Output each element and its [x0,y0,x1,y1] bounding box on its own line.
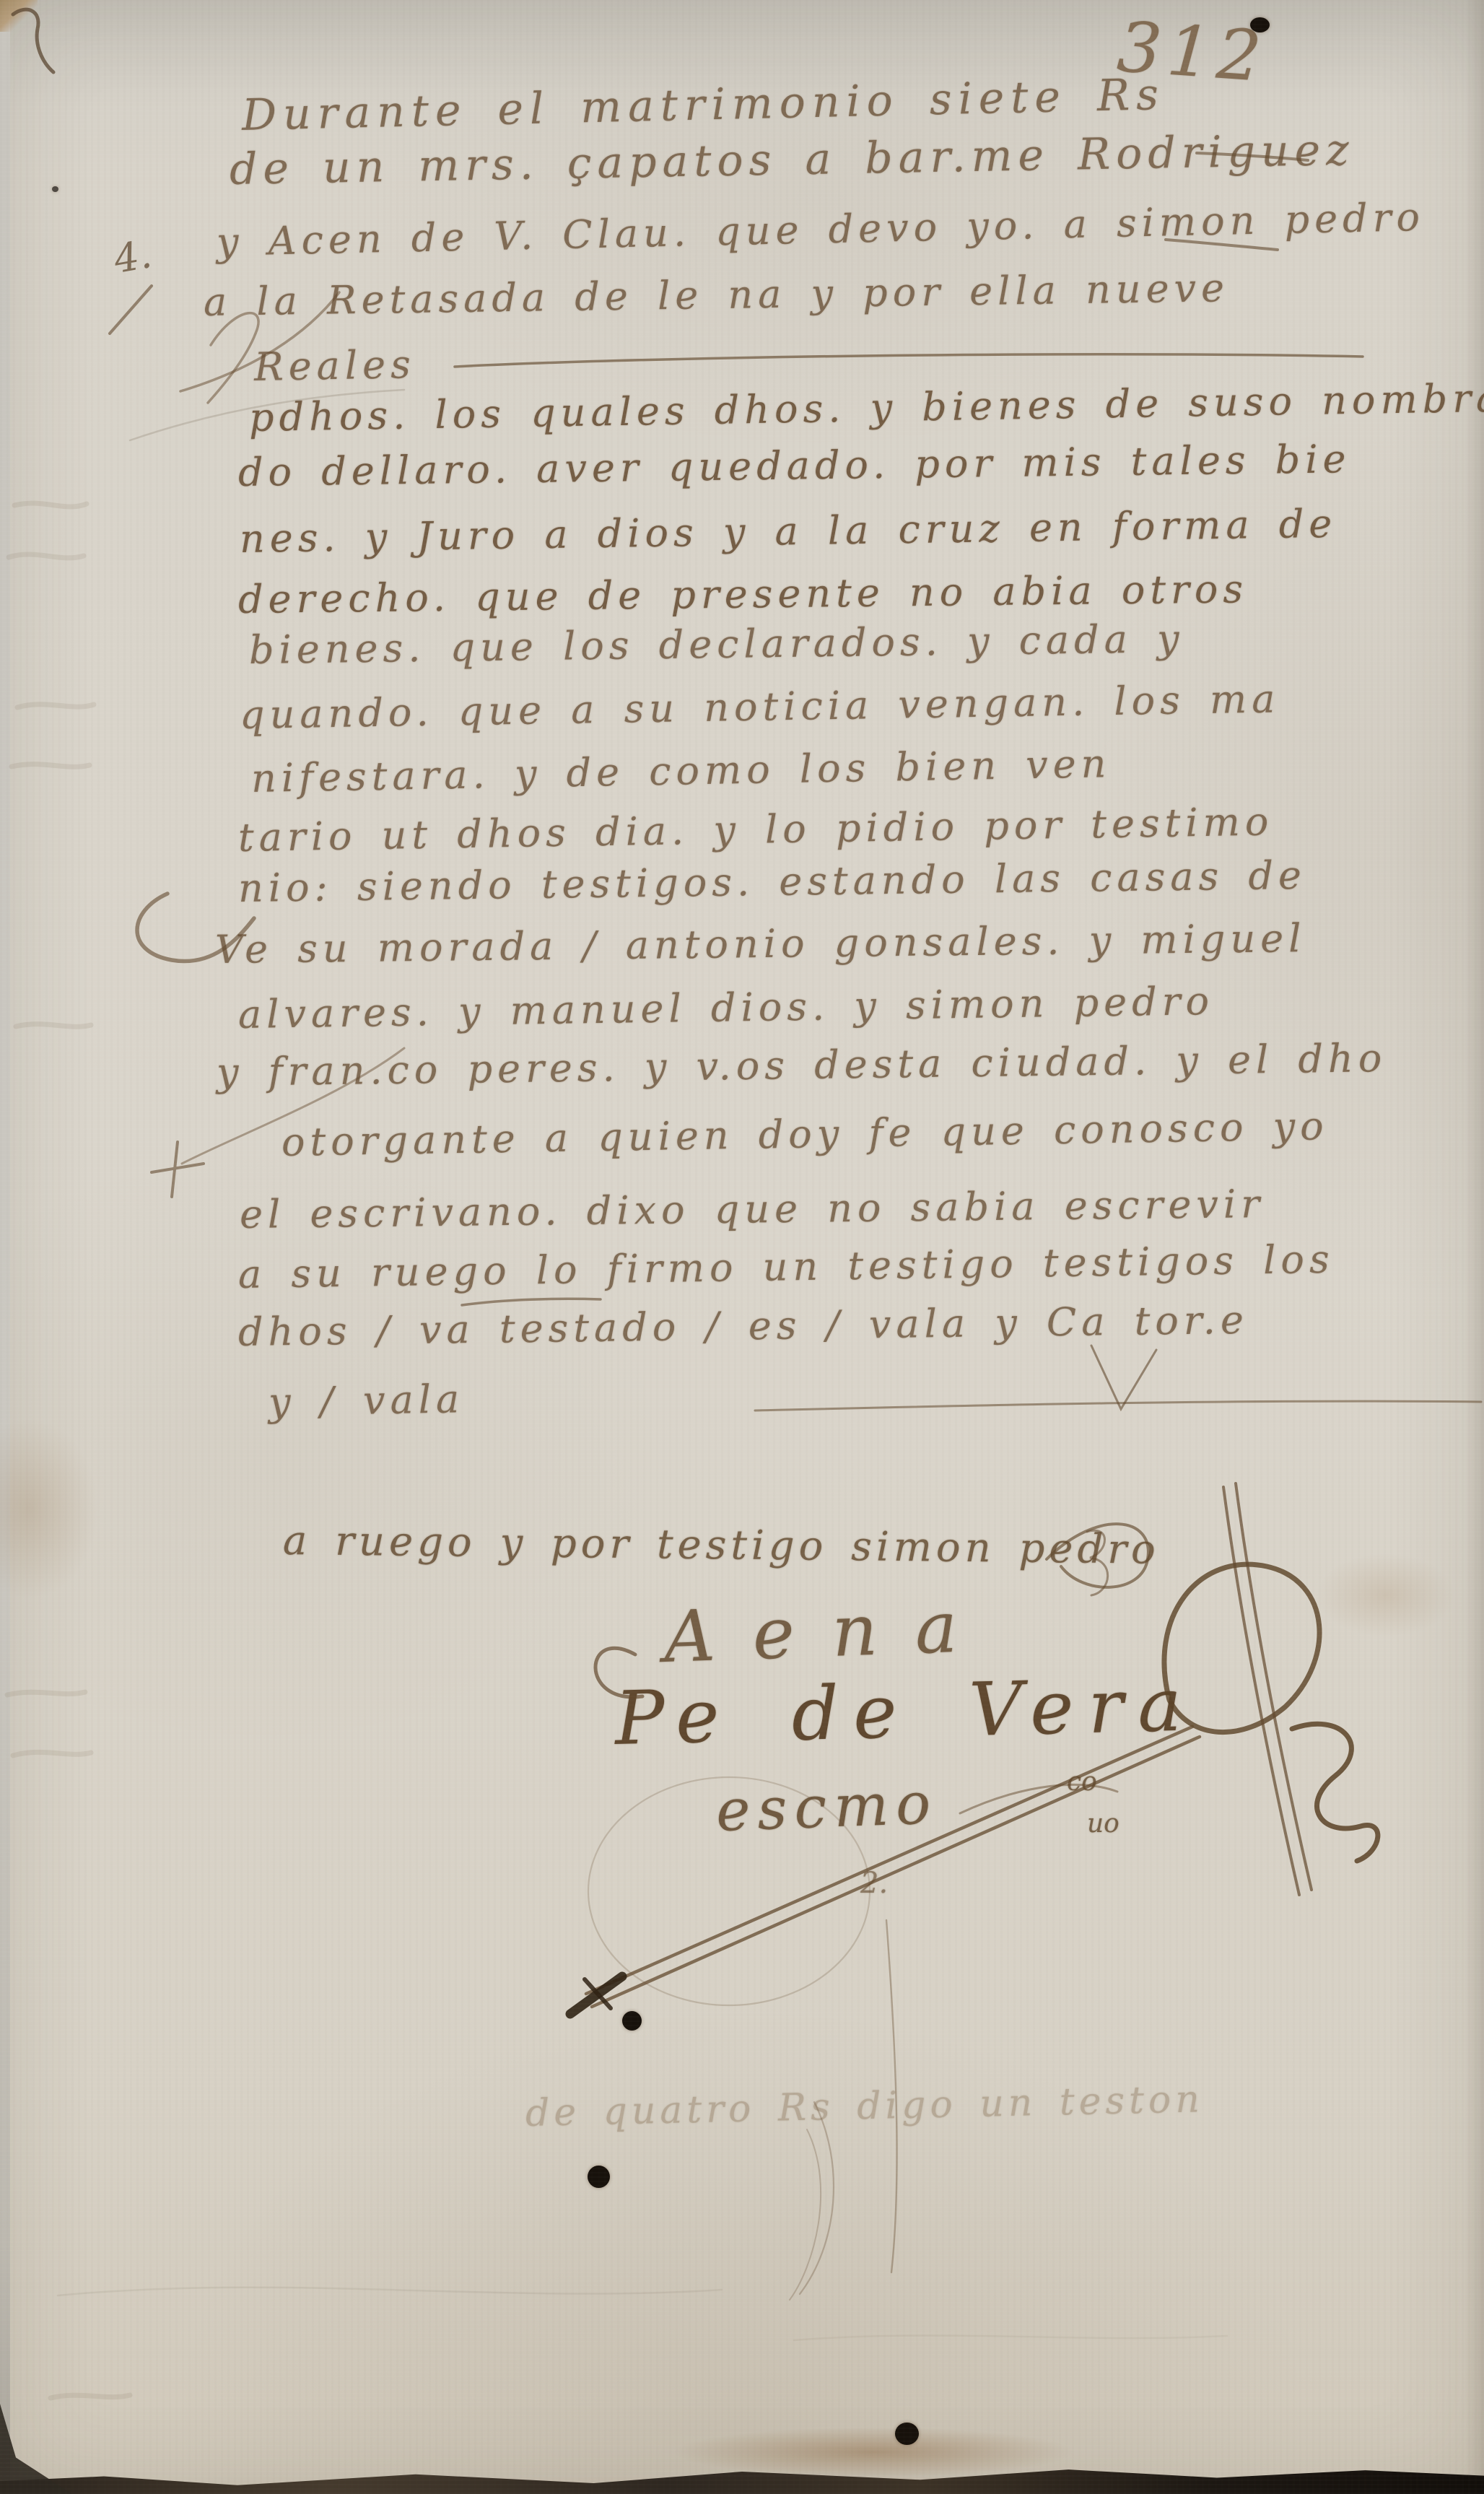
faint-note-descender-2 [790,2129,821,2300]
diagonal-arrow-mark [570,1976,622,2014]
ink-hole-2 [588,2166,610,2188]
manuscript-line: derecho. que de presente no abia otros [238,570,1249,619]
ink-hole-bottom [895,2423,919,2445]
crease-curve-2 [794,2336,1227,2340]
numeral-mark-2: 2. [860,1867,888,1900]
faint-note-descender-1 [800,2102,834,2294]
notary-name-flourish: Aena [663,1585,996,1679]
verso-bleedthrough-ghosts [7,503,130,2398]
vala-dash [462,1299,601,1305]
line4-lead-flourish [208,313,258,403]
margin-cross-mark [152,1142,204,1197]
manuscript-line: y / vala [269,1379,465,1422]
long-rule-right [755,1401,1481,1410]
top-left-corner-mark [0,0,38,32]
diagonal-stroke-a [586,1727,1192,1994]
notary-title-abbreviation: escmo [715,1769,938,1844]
right-edge-shadow [1465,0,1484,2494]
superscript-mark-uo: uo [1087,1809,1119,1839]
manuscript-line: tario ut dhos dia. y lo pidio por testim… [238,802,1274,858]
paper-stain-left [0,1415,101,1603]
manuscript-line: nes. y Juro a dios y a la cruz en forma … [240,505,1337,559]
margin-number-slash [110,286,152,333]
superscript-mark-co: co [1067,1767,1097,1797]
manuscript-line: quando. que a su noticia vengan. los ma [240,679,1280,735]
paper-stain-right [1314,1552,1458,1639]
manuscript-line: dhos / va testado / es / vala y Ca tor.e [238,1301,1249,1352]
crease-curve-1 [58,2288,722,2295]
manuscript-line: a su ruego lo firmo un testigo testigos … [238,1240,1335,1294]
bottom-page-edge [0,2460,1484,2494]
vertical-double-stroke-a [1223,1487,1299,1895]
witness-signature-line: a ruego y por testigo simon pedro [283,1517,1161,1574]
manuscript-line: do dellaro. aver quedado. por mis tales … [238,440,1351,492]
manuscript-line: y fran.co peres. y v.os desta ciudad. y … [217,1039,1387,1092]
adjacent-page-edge [0,0,10,2494]
margin-entry-number: 4. [110,231,155,282]
manuscript-line: alvares. y manuel dios. y simon pedro [238,982,1215,1034]
reales-rule [455,354,1363,367]
vertical-double-stroke-b [1236,1483,1311,1890]
manuscript-line: otorgante a quien doy fe que conosco yo [281,1107,1329,1162]
manuscript-line: nio: siendo testigos. estando las casas … [238,856,1307,908]
manuscript-line: nifestara. y de como los bien ven [251,744,1112,798]
manuscript-line: bienes. que los declarados. y cada y [249,619,1184,670]
ink-dot-top-right [1250,17,1270,32]
notary-signature: Pe de Vera [614,1662,1197,1762]
manuscript-line: y Acen de V. Clau. que devo yo. a simon … [216,198,1425,262]
bottom-stain [671,2427,1075,2477]
arrow-crossbar [585,1979,611,2008]
check-mark-on-rule [1091,1346,1156,1409]
faint-ink-note: de quatro Rs digo un teston [525,2077,1204,2135]
small-speck [52,186,58,192]
manuscript-line: el escrivano. dixo que no sabia escrevir [240,1185,1265,1234]
ink-hole-1 [622,2011,642,2031]
manuscript-line: pdhos. los quales dhos. y bienes de suso… [249,379,1484,437]
manuscript-line: Reales [254,345,416,387]
manuscript-line: Ve su morada / antonio gonsales. y migue… [215,919,1306,969]
manuscript-line: a la Retasada de le na y por ella nueve [204,269,1230,322]
manuscript-page: 312 4. Durante el matrimonio siete Rs de… [0,0,1484,2494]
signature-knot-chain [1292,1724,1378,1861]
manuscript-line: de un mrs. çapatos a bar.me Rodriguez [229,128,1355,191]
